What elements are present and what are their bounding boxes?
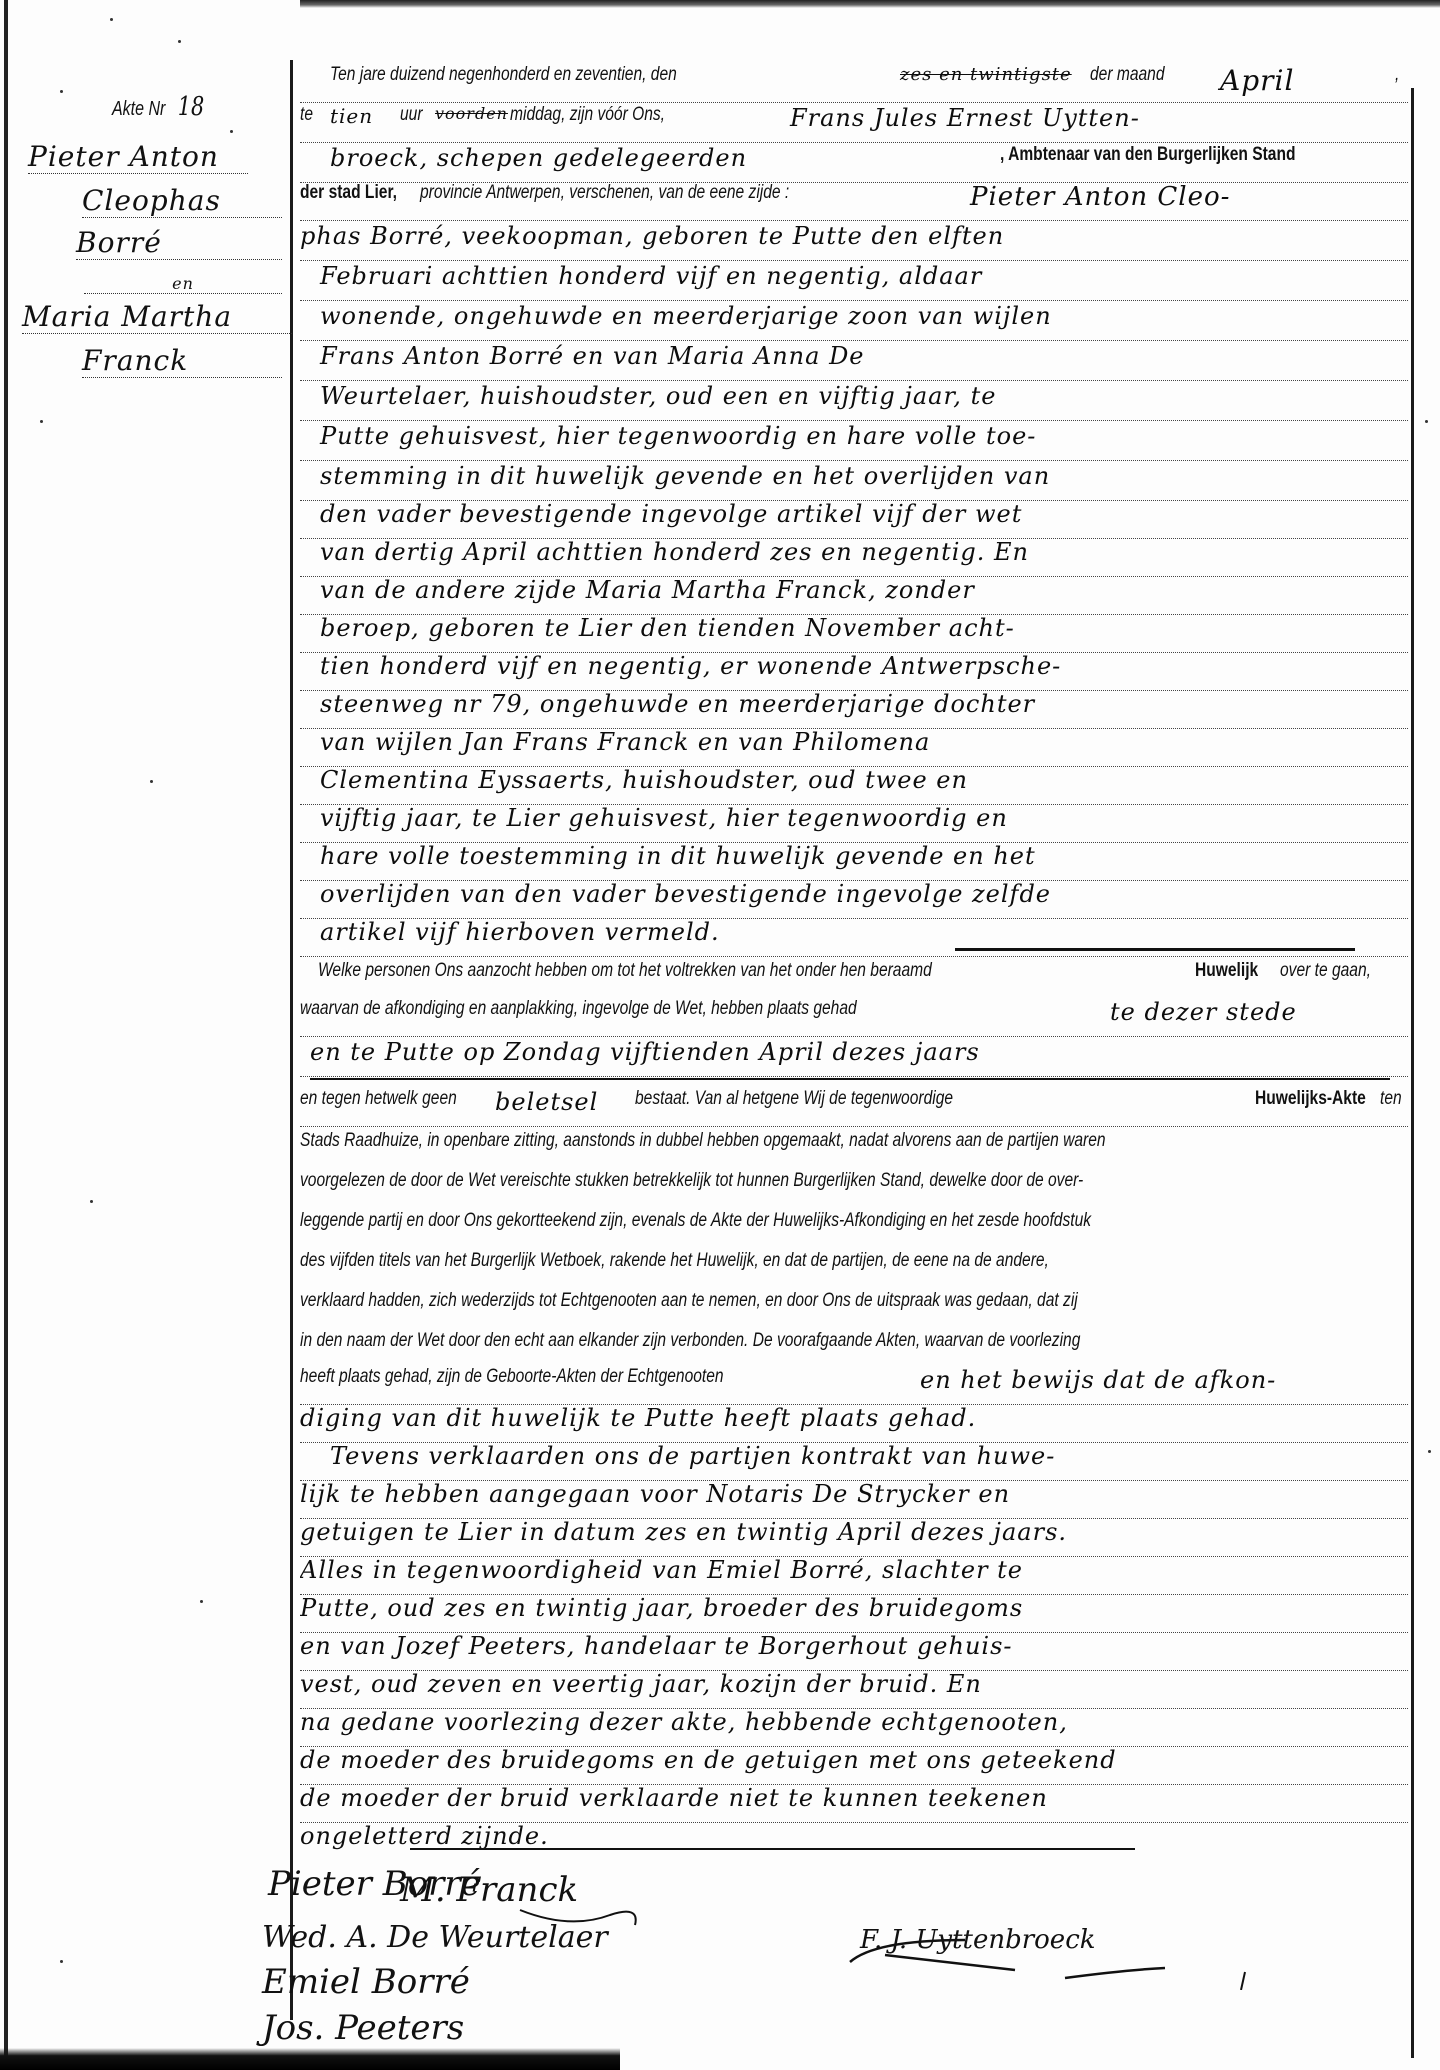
hand-text: overlijden van den vader bevestigende in… bbox=[320, 880, 1051, 908]
body-line-16: tien honderd vijf en negentig, er wonend… bbox=[300, 652, 1408, 691]
print-text: der maand bbox=[1090, 64, 1164, 86]
hand-text: Clementina Eyssaerts, huishoudster, oud … bbox=[320, 766, 968, 794]
hand-text: den vader bevestigende ingevolge artikel… bbox=[320, 500, 1022, 528]
scan-speck bbox=[1425, 420, 1428, 423]
hand-text: vijftig jaar, te Lier gehuisvest, hier t… bbox=[320, 804, 1008, 832]
signature-rule bbox=[410, 1848, 1135, 1850]
scan-speck bbox=[40, 420, 43, 423]
margin-bride-name-1: Maria Martha bbox=[22, 300, 292, 334]
scan-speck bbox=[200, 1600, 203, 1603]
body-line-6: Februari achttien honderd vijf en negent… bbox=[300, 262, 1408, 301]
print-text: in den naam der Wet door den echt aan el… bbox=[300, 1330, 1080, 1352]
hand-text: van de andere zijde Maria Martha Franck,… bbox=[320, 576, 975, 604]
hand-text: Putte gehuisvest, hier tegenwoordig en h… bbox=[320, 422, 1036, 450]
official-signature-flourish bbox=[845, 1900, 1265, 1990]
closing-line-6: Putte, oud zes en twintig jaar, broeder … bbox=[300, 1594, 1408, 1633]
closing-line-9: na gedane voorlezing dezer akte, hebbend… bbox=[300, 1708, 1408, 1747]
scan-speck bbox=[60, 1960, 63, 1963]
hand-text: tien bbox=[330, 104, 373, 128]
print-text: heeft plaats gehad, zijn de Geboorte-Akt… bbox=[300, 1366, 724, 1388]
formula-line-7: in den naam der Wet door den echt aan el… bbox=[300, 1330, 1408, 1366]
hand-text: hare volle toestemming in dit huwelijk g… bbox=[320, 842, 1036, 870]
hand-text: Frans Jules Ernest Uytten- bbox=[790, 104, 1140, 132]
hand-text: ongeletterd zijnde. bbox=[300, 1822, 549, 1850]
print-text: verklaard hadden, zich wederzijds tot Ec… bbox=[300, 1290, 1078, 1312]
hand-text: tien honderd vijf en negentig, er wonend… bbox=[320, 652, 1061, 680]
closing-line-7: en van Jozef Peeters, handelaar te Borge… bbox=[300, 1632, 1408, 1671]
margin-groom-name-1: Pieter Anton bbox=[28, 140, 248, 174]
body-line-18: van wijlen Jan Frans Franck en van Philo… bbox=[300, 728, 1408, 767]
print-text: te bbox=[300, 104, 313, 126]
left-border-rule bbox=[4, 0, 8, 2070]
print-text: middag, zijn vóór Ons, bbox=[510, 104, 665, 126]
hand-text: Pieter Anton Cleo- bbox=[970, 182, 1230, 212]
margin-conjunction: en bbox=[84, 274, 282, 294]
banns-line-3: en te Putte op Zondag vijftienden April … bbox=[300, 1038, 1408, 1077]
margin-groom-name-3: Borré bbox=[76, 226, 282, 260]
margin-groom-name-2: Cleophas bbox=[82, 184, 282, 218]
right-border-rule bbox=[1411, 88, 1414, 2058]
print-text: der stad Lier, bbox=[300, 182, 397, 204]
print-text: en tegen hetwelk geen bbox=[300, 1088, 457, 1110]
hand-text: April bbox=[1220, 64, 1294, 97]
hand-text: van wijlen Jan Frans Franck en van Philo… bbox=[320, 728, 930, 756]
print-text: ten bbox=[1380, 1088, 1402, 1110]
body-line-17: steenweg nr 79, ongehuwde en meerderjari… bbox=[300, 690, 1408, 729]
hand-text: voorden bbox=[435, 104, 508, 123]
formula-line-3: voorgelezen de door de Wet vereischte st… bbox=[300, 1170, 1408, 1206]
hand-text: na gedane voorlezing dezer akte, hebbend… bbox=[300, 1708, 1068, 1736]
signature-witness-1: Emiel Borré bbox=[262, 1962, 470, 2002]
act-number-label: Akte Nr 18 bbox=[112, 92, 204, 122]
print-text: , bbox=[1395, 64, 1399, 86]
hand-text: getuigen te Lier in datum zes en twintig… bbox=[300, 1518, 1067, 1546]
signature-witness-2: Jos. Peeters bbox=[262, 2008, 464, 2048]
body-line-23: artikel vijf hierboven vermeld. bbox=[300, 918, 1408, 957]
print-text: uur bbox=[400, 104, 423, 126]
closing-line-4: getuigen te Lier in datum zes en twintig… bbox=[300, 1518, 1408, 1557]
hand-text: Frans Anton Borré en van Maria Anna De bbox=[320, 342, 865, 370]
scan-bottom-edge bbox=[0, 2048, 620, 2070]
act-number: 18 bbox=[178, 92, 204, 122]
body-line-10: Putte gehuisvest, hier tegenwoordig en h… bbox=[300, 422, 1408, 461]
hand-text: Putte, oud zes en twintig jaar, broeder … bbox=[300, 1594, 1023, 1622]
closing-line-5: Alles in tegenwoordigheid van Emiel Borr… bbox=[300, 1556, 1408, 1595]
scan-speck bbox=[110, 18, 113, 21]
hand-text: artikel vijf hierboven vermeld. bbox=[320, 918, 720, 946]
banns-line-1: Welke personen Ons aanzocht hebben om to… bbox=[300, 960, 1408, 996]
banns-line-2: waarvan de afkondiging en aanplakking, i… bbox=[300, 998, 1408, 1037]
formula-line-5: des vijfden titels van het Burgerlijk We… bbox=[300, 1250, 1408, 1286]
body-line-2: te tien uur voorden middag, zijn vóór On… bbox=[300, 104, 1408, 143]
print-text: leggende partij en door Ons gekortteeken… bbox=[300, 1210, 1091, 1232]
hand-text: Februari achttien honderd vijf en negent… bbox=[320, 262, 982, 290]
formula-line-4: leggende partij en door Ons gekortteeken… bbox=[300, 1210, 1408, 1246]
body-line-13: van dertig April achttien honderd zes en… bbox=[300, 538, 1408, 577]
body-line-21: hare volle toestemming in dit huwelijk g… bbox=[300, 842, 1408, 881]
scan-speck bbox=[1428, 1450, 1431, 1453]
margin-bride-name-2: Franck bbox=[82, 344, 282, 378]
body-line-22: overlijden van den vader bevestigende in… bbox=[300, 880, 1408, 919]
signature-mother: Wed. A. De Weurtelaer bbox=[262, 1920, 608, 1955]
print-text: Stads Raadhuize, in openbare zitting, aa… bbox=[300, 1130, 1106, 1152]
body-line-3: broeck, schepen gedelegeerden , Ambtenaa… bbox=[300, 144, 1408, 183]
print-text: waarvan de afkondiging en aanplakking, i… bbox=[300, 998, 857, 1020]
hand-text: lijk te hebben aangegaan voor Notaris De… bbox=[300, 1480, 1010, 1508]
closing-line-1: diging van dit huwelijk te Putte heeft p… bbox=[300, 1404, 1408, 1443]
hand-text: vest, oud zeven en veertig jaar, kozijn … bbox=[300, 1670, 982, 1698]
hand-text: van dertig April achttien honderd zes en… bbox=[320, 538, 1029, 566]
closing-line-10: de moeder des bruidegoms en de getuigen … bbox=[300, 1746, 1408, 1785]
formula-line-1: en tegen hetwelk geen beletsel bestaat. … bbox=[300, 1088, 1408, 1127]
hand-text: diging van dit huwelijk te Putte heeft p… bbox=[300, 1404, 976, 1432]
margin-divider-rule bbox=[290, 60, 293, 2020]
hand-text: zes en twintigste bbox=[900, 64, 1072, 85]
hand-text: stemming in dit huwelijk gevende en het … bbox=[320, 462, 1050, 490]
hand-text: en het bewijs dat de afkon- bbox=[920, 1366, 1276, 1394]
body-line-9: Weurtelaer, huishoudster, oud een en vij… bbox=[300, 382, 1408, 421]
body-line-5: phas Borré, veekoopman, geboren te Putte… bbox=[300, 222, 1408, 261]
hand-text: steenweg nr 79, ongehuwde en meerderjari… bbox=[320, 690, 1035, 718]
formula-line-8: heeft plaats gehad, zijn de Geboorte-Akt… bbox=[300, 1366, 1408, 1405]
hand-text: phas Borré, veekoopman, geboren te Putte… bbox=[300, 222, 1004, 250]
print-text: Ten jare duizend negenhonderd en zeventi… bbox=[330, 64, 677, 86]
hand-text: de moeder des bruidegoms en de getuigen … bbox=[300, 1746, 1117, 1774]
hand-text: wonende, ongehuwde en meerderjarige zoon… bbox=[320, 302, 1052, 330]
print-text: bestaat. Van al hetgene Wij de tegenwoor… bbox=[635, 1088, 953, 1110]
closing-line-11: de moeder der bruid verklaarde niet te k… bbox=[300, 1784, 1408, 1823]
body-line-19: Clementina Eyssaerts, huishoudster, oud … bbox=[300, 766, 1408, 805]
closing-rule bbox=[955, 948, 1355, 951]
body-line-20: vijftig jaar, te Lier gehuisvest, hier t… bbox=[300, 804, 1408, 843]
scan-speck bbox=[90, 1200, 93, 1203]
hand-text: beroep, geboren te Lier den tienden Nove… bbox=[320, 614, 1015, 642]
body-line-12: den vader bevestigende ingevolge artikel… bbox=[300, 500, 1408, 539]
body-line-15: beroep, geboren te Lier den tienden Nove… bbox=[300, 614, 1408, 653]
hand-text: te dezer stede bbox=[1110, 998, 1297, 1026]
print-text: voorgelezen de door de Wet vereischte st… bbox=[300, 1170, 1083, 1192]
formula-line-2: Stads Raadhuize, in openbare zitting, aa… bbox=[300, 1130, 1408, 1166]
act-label: Akte Nr bbox=[112, 98, 165, 120]
banns-rule bbox=[310, 1078, 1390, 1080]
body-line-4: der stad Lier, provincie Antwerpen, vers… bbox=[300, 182, 1408, 221]
hand-text: en te Putte op Zondag vijftienden April … bbox=[310, 1038, 980, 1066]
print-text: provincie Antwerpen, verschenen, van de … bbox=[420, 182, 789, 204]
hand-text: Tevens verklaarden ons de partijen kontr… bbox=[330, 1442, 1055, 1470]
body-line-1: Ten jare duizend negenhonderd en zeventi… bbox=[300, 64, 1408, 103]
body-line-8: Frans Anton Borré en van Maria Anna De bbox=[300, 342, 1408, 381]
document-page: Akte Nr 18 Pieter Anton Cleophas Borré e… bbox=[0, 0, 1440, 2070]
hand-text: broeck, schepen gedelegeerden bbox=[330, 144, 747, 172]
body-line-11: stemming in dit huwelijk gevende en het … bbox=[300, 462, 1408, 501]
body-line-14: van de andere zijde Maria Martha Franck,… bbox=[300, 576, 1408, 615]
print-text: , Ambtenaar van den Burgerlijken Stand bbox=[1000, 144, 1296, 166]
scan-speck bbox=[150, 780, 153, 783]
closing-line-12: ongeletterd zijnde. bbox=[300, 1822, 1408, 1858]
print-text: Huwelijks-Akte bbox=[1255, 1088, 1366, 1110]
hand-text: Weurtelaer, huishoudster, oud een en vij… bbox=[320, 382, 996, 410]
scan-speck bbox=[230, 130, 233, 133]
closing-line-8: vest, oud zeven en veertig jaar, kozijn … bbox=[300, 1670, 1408, 1709]
hand-text: beletsel bbox=[495, 1088, 598, 1116]
scan-speck bbox=[178, 40, 181, 43]
print-text: over te gaan, bbox=[1280, 960, 1371, 982]
hand-text: en van Jozef Peeters, handelaar te Borge… bbox=[300, 1632, 1013, 1660]
scan-top-edge bbox=[300, 0, 1440, 8]
body-line-7: wonende, ongehuwde en meerderjarige zoon… bbox=[300, 302, 1408, 341]
hand-text: Alles in tegenwoordigheid van Emiel Borr… bbox=[300, 1556, 1023, 1584]
print-text: Huwelijk bbox=[1195, 960, 1258, 982]
hand-text: de moeder der bruid verklaarde niet te k… bbox=[300, 1784, 1048, 1812]
closing-line-2: Tevens verklaarden ons de partijen kontr… bbox=[300, 1442, 1408, 1481]
print-text: des vijfden titels van het Burgerlijk We… bbox=[300, 1250, 1049, 1272]
closing-line-3: lijk te hebben aangegaan voor Notaris De… bbox=[300, 1480, 1408, 1519]
scan-speck bbox=[60, 90, 63, 93]
print-text: Welke personen Ons aanzocht hebben om to… bbox=[318, 960, 932, 982]
formula-line-6: verklaard hadden, zich wederzijds tot Ec… bbox=[300, 1290, 1408, 1326]
